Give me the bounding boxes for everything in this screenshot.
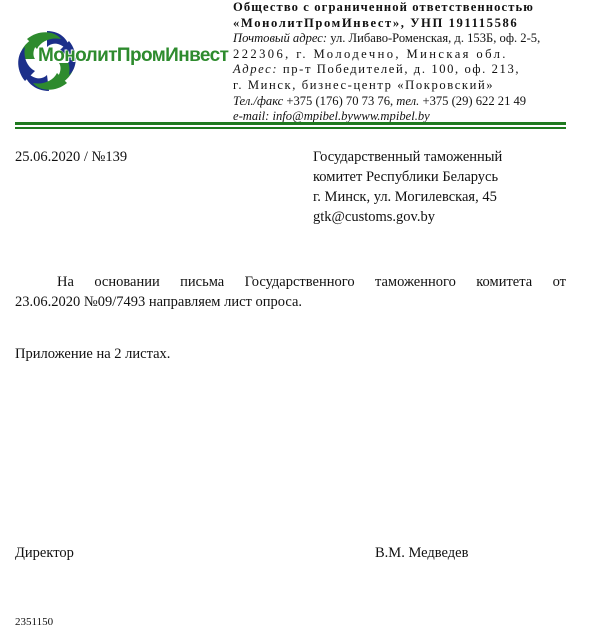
header-divider-bottom [15, 127, 566, 129]
signatory-name: В.М. Медведев [375, 543, 468, 563]
phone2-label: тел. [396, 94, 419, 108]
recipient-line: Государственный таможенный [313, 147, 502, 167]
word: комитета [476, 272, 532, 292]
signatory-title: Директор [15, 543, 74, 563]
word: Государственного [245, 272, 355, 292]
word: основании [94, 272, 159, 292]
postal-address: Почтовый адрес: ул. Либаво-Роменская, д.… [233, 31, 566, 47]
word: от [553, 272, 566, 292]
phone-label: Тел./факс [233, 94, 283, 108]
phones: Тел./факс +375 (176) 70 73 76, тел. +375… [233, 94, 566, 110]
document-number: 2351150 [15, 616, 53, 628]
word: На [57, 272, 74, 292]
company-header: Общество с ограниченной ответственностью… [233, 0, 566, 125]
recipient-block: Государственный таможенный комитет Респу… [313, 147, 502, 227]
company-logo: МонолитПромИнвест [14, 28, 226, 94]
letter-body-line2: 23.06.2020 №09/7493 направляем лист опро… [15, 292, 566, 312]
phone2-value: +375 (29) 622 21 49 [419, 94, 526, 108]
company-name-line2: «МонолитПромИнвест», УНП 191115586 [233, 16, 566, 32]
phone-value: +375 (176) 70 73 76, [283, 94, 396, 108]
recipient-line: г. Минск, ул. Могилевская, 45 [313, 187, 502, 207]
postal-address-line2: 222306, г. Молодечно, Минская обл. [233, 47, 566, 63]
word: письма [180, 272, 224, 292]
word: таможенного [375, 272, 456, 292]
recipient-email[interactable]: gtk@customs.gov.by [313, 207, 502, 227]
postal-label: Почтовый адрес: [233, 31, 327, 45]
attachment-note: Приложение на 2 листах. [15, 344, 170, 364]
postal-value: ул. Либаво-Роменская, д. 153Б, оф. 2-5, [327, 31, 540, 45]
office-address: Адрес: пр-т Победителей, д. 100, оф. 213… [233, 62, 566, 78]
recipient-line: комитет Республики Беларусь [313, 167, 502, 187]
office-address-line2: г. Минск, бизнес-центр «Покровский» [233, 78, 566, 94]
address-value: пр-т Победителей, д. 100, оф. 213, [278, 62, 520, 76]
letter-body: На основании письма Государственного там… [15, 272, 566, 312]
address-label: Адрес: [233, 62, 278, 76]
letter-date-ref: 25.06.2020 / №139 [15, 147, 127, 167]
logo-wordmark: МонолитПромИнвест [38, 45, 228, 67]
letter-body-line1: На основании письма Государственного там… [15, 272, 566, 292]
header-divider-top [15, 122, 566, 125]
company-name-line1: Общество с ограниченной ответственностью [233, 0, 566, 16]
